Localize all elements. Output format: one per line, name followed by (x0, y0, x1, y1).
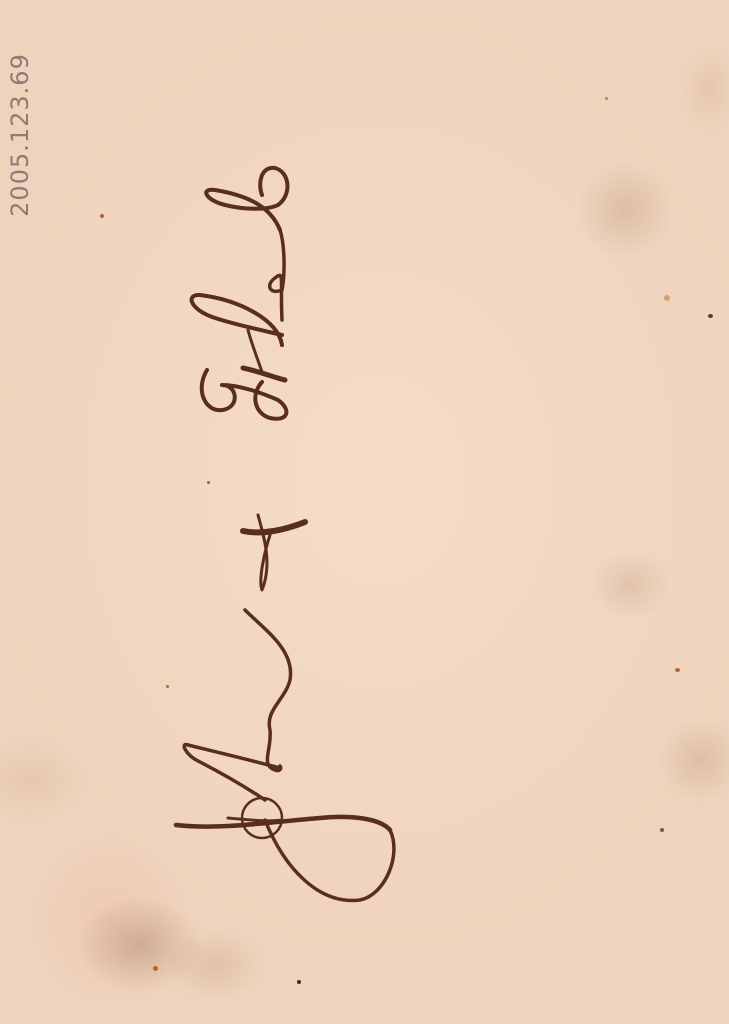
foxing-speck (100, 214, 104, 218)
foxing-speck (605, 97, 608, 100)
foxing-speck (207, 481, 210, 484)
foxing-speck (664, 295, 670, 301)
word-john (176, 610, 394, 900)
foxing-speck (660, 828, 664, 832)
photo-card-back: 2005.123.69 John + Ethel (0, 0, 729, 1024)
foxing-speck (708, 314, 713, 318)
foxing-speck (675, 668, 680, 672)
handwritten-inscription (0, 0, 729, 1024)
foxing-speck (153, 966, 158, 971)
foxing-speck (166, 685, 169, 688)
plus-sign (243, 515, 305, 590)
foxing-speck (297, 980, 301, 984)
word-ethel (192, 168, 288, 419)
